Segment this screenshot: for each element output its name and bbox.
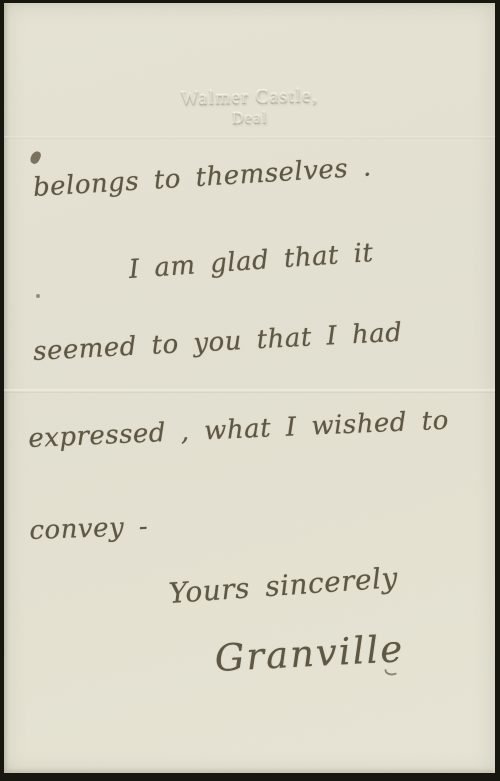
handwritten-line-3: seemed to you that I had [32,318,403,367]
ink-speck-left-margin [29,150,43,166]
letterhead-castle-name: Walmer Castle, [4,82,495,114]
letterhead-town-name: Deal [4,105,495,133]
handwritten-line-2: I am glad that it [128,238,374,285]
handwritten-line-1: belongs to themselves . [32,152,372,203]
handwritten-line-5: convey - [29,512,149,546]
signature-granville: Granville [214,627,405,680]
fold-crease-middle [4,389,495,393]
handwritten-line-4: expressed , what I wished to [28,406,450,454]
fold-crease-upper [4,136,495,139]
letter-closing: Yours sincerely [168,561,399,610]
ink-dot-left-margin [36,294,40,298]
scanned-letter-image: Walmer Castle, Deal belongs to themselve… [0,0,500,781]
letter-paper: Walmer Castle, Deal belongs to themselve… [4,3,495,773]
embossed-letterhead: Walmer Castle, Deal [4,82,496,133]
